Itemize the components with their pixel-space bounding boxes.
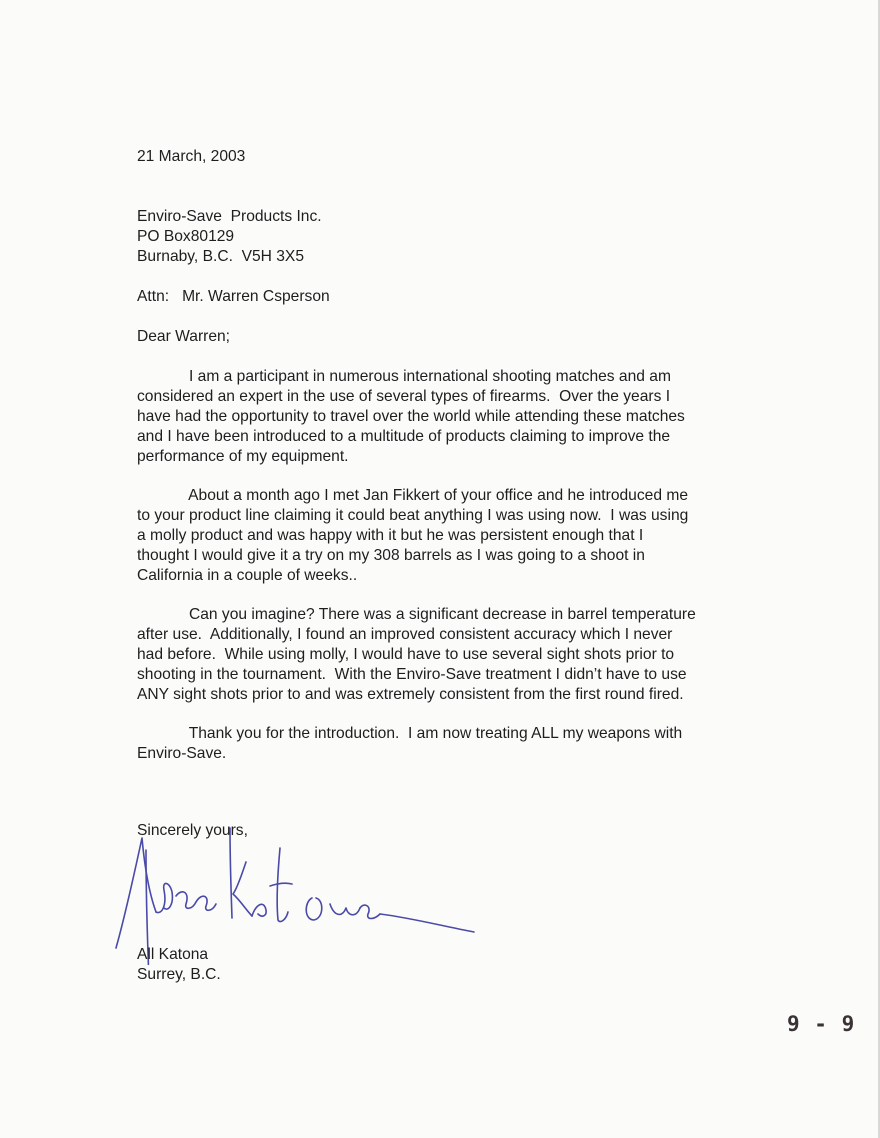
recipient-po-box: PO Box80129 xyxy=(137,227,322,247)
paragraph-line: I am a participant in numerous internati… xyxy=(137,367,767,387)
signer-block: All Katona Surrey, B.C. xyxy=(137,945,221,985)
signer-location: Surrey, B.C. xyxy=(137,965,221,985)
paragraph-line: About a month ago I met Jan Fikkert of y… xyxy=(137,486,767,506)
recipient-city: Burnaby, B.C. V5H 3X5 xyxy=(137,247,322,267)
paragraph-1: I am a participant in numerous internati… xyxy=(137,367,767,467)
paragraph-line: performance of my equipment. xyxy=(137,447,767,467)
salutation: Dear Warren; xyxy=(137,328,230,346)
recipient-address: Enviro-Save Products Inc. PO Box80129 Bu… xyxy=(137,207,322,267)
paragraph-line: Enviro-Save. xyxy=(137,744,767,764)
letter-date: 21 March, 2003 xyxy=(137,148,245,166)
paragraph-line: have had the opportunity to travel over … xyxy=(137,407,767,427)
paragraph-3: Can you imagine? There was a significant… xyxy=(137,605,767,705)
paragraph-line: considered an expert in the use of sever… xyxy=(137,387,767,407)
signature-icon xyxy=(112,820,482,965)
recipient-company: Enviro-Save Products Inc. xyxy=(137,207,322,227)
attention-line: Attn: Mr. Warren Csperson xyxy=(137,288,330,306)
page-number: 9 - 9 xyxy=(787,1012,855,1036)
paragraph-line: shooting in the tournament. With the Env… xyxy=(137,665,767,685)
paragraph-line: to your product line claiming it could b… xyxy=(137,506,767,526)
paragraph-line: and I have been introduced to a multitud… xyxy=(137,427,767,447)
paragraph-line: Thank you for the introduction. I am now… xyxy=(137,724,767,744)
paragraph-line: after use. Additionally, I found an impr… xyxy=(137,625,767,645)
paragraph-line: Can you imagine? There was a significant… xyxy=(137,605,767,625)
paragraph-line: thought I would give it a try on my 308 … xyxy=(137,546,767,566)
paragraph-line: a molly product and was happy with it bu… xyxy=(137,526,767,546)
paragraph-line: had before. While using molly, I would h… xyxy=(137,645,767,665)
paragraph-line: California in a couple of weeks.. xyxy=(137,566,767,586)
paragraph-4: Thank you for the introduction. I am now… xyxy=(137,724,767,764)
paragraph-line: ANY sight shots prior to and was extreme… xyxy=(137,685,767,705)
signer-name: All Katona xyxy=(137,945,221,965)
paragraph-2: About a month ago I met Jan Fikkert of y… xyxy=(137,486,767,586)
